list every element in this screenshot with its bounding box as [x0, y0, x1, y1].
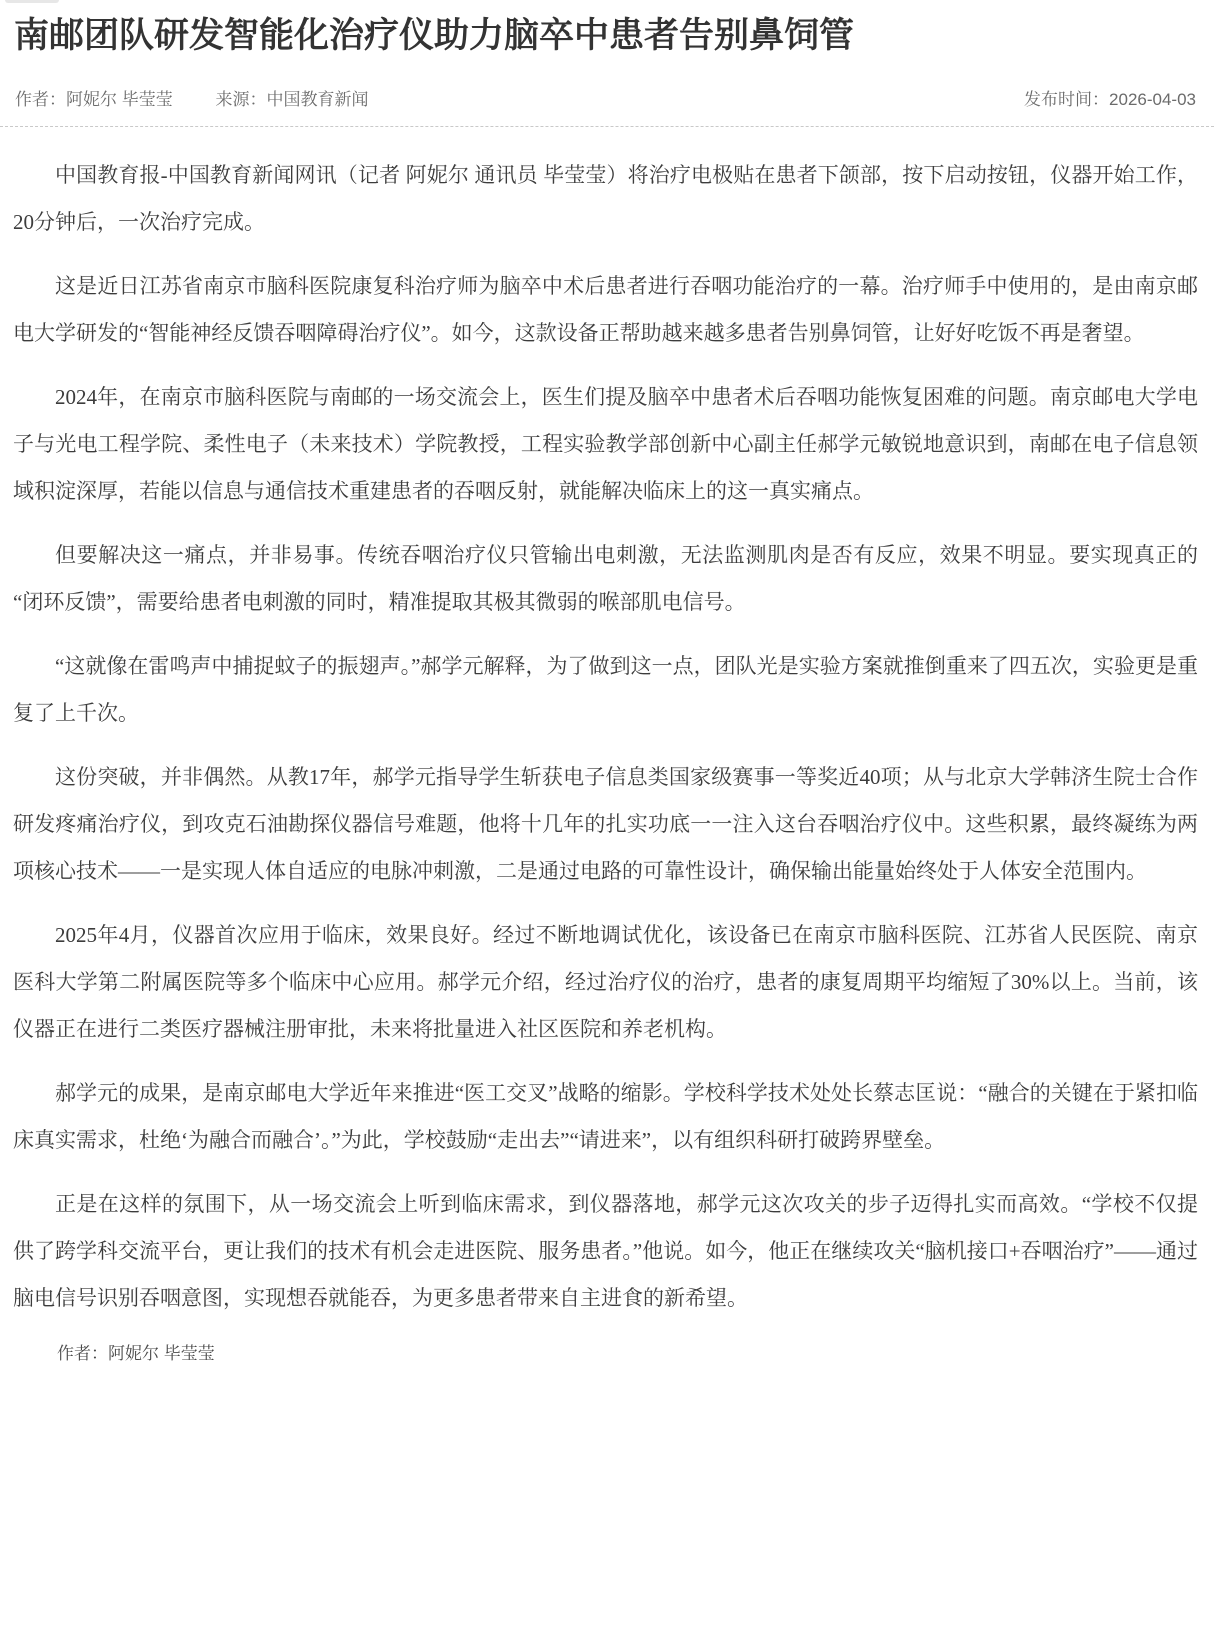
- footer-author-line: 作者：阿妮尔 毕莹莹: [13, 1339, 1198, 1364]
- article-paragraph: 正是在这样的氛围下，从一场交流会上听到临床需求，到仪器落地，郝学元这次攻关的步子…: [13, 1181, 1198, 1322]
- article-paragraph: 这份突破，并非偶然。从教17年，郝学元指导学生斩获电子信息类国家级赛事一等奖近4…: [13, 754, 1198, 895]
- meta-left: 作者：阿妮尔 毕莹莹 来源：中国教育新闻: [15, 85, 368, 110]
- meta-source: 来源：中国教育新闻: [215, 90, 368, 109]
- article-paragraph: 郝学元的成果，是南京邮电大学近年来推进“医工交叉”战略的缩影。学校科学技术处处长…: [13, 1070, 1198, 1164]
- article-paragraph: 2024年，在南京市脑科医院与南邮的一场交流会上，医生们提及脑卒中患者术后吞咽功…: [13, 374, 1198, 515]
- article-meta: 作者：阿妮尔 毕莹莹 来源：中国教育新闻 发布时间：2026-04-03: [15, 85, 1196, 110]
- page-title: 南邮团队研发智能化治疗仪助力脑卒中患者告别鼻饲管: [14, 13, 1192, 59]
- clipped-top-element: [5, 0, 59, 3]
- article-page: 南邮团队研发智能化治疗仪助力脑卒中患者告别鼻饲管 作者：阿妮尔 毕莹莹 来源：中…: [0, 0, 1214, 1649]
- meta-source-value: 中国教育新闻: [266, 90, 368, 109]
- article-paragraph: 这是近日江苏省南京市脑科医院康复科治疗师为脑卒中术后患者进行吞咽功能治疗的一幕。…: [13, 263, 1198, 357]
- meta-publish-date: 2026-04-03: [1109, 90, 1196, 109]
- article-body: 中国教育报-中国教育新闻网讯（记者 阿妮尔 通讯员 毕莹莹）将治疗电极贴在患者下…: [13, 152, 1198, 1322]
- meta-source-label: 来源：: [215, 90, 266, 109]
- meta-author-label: 作者：: [15, 90, 66, 109]
- meta-publish: 发布时间：2026-04-03: [1024, 85, 1196, 110]
- dashed-divider: [0, 126, 1214, 127]
- meta-publish-label: 发布时间：: [1024, 90, 1109, 109]
- article-paragraph: 2025年4月，仪器首次应用于临床，效果良好。经过不断地调试优化，该设备已在南京…: [13, 912, 1198, 1053]
- article-paragraph: 但要解决这一痛点，并非易事。传统吞咽治疗仪只管输出电刺激，无法监测肌肉是否有反应…: [13, 532, 1198, 626]
- article-paragraph: 中国教育报-中国教育新闻网讯（记者 阿妮尔 通讯员 毕莹莹）将治疗电极贴在患者下…: [13, 152, 1198, 246]
- article-paragraph: “这就像在雷鸣声中捕捉蚊子的振翅声。”郝学元解释，为了做到这一点，团队光是实验方…: [13, 643, 1198, 737]
- meta-author: 作者：阿妮尔 毕莹莹: [15, 90, 173, 109]
- meta-author-value: 阿妮尔 毕莹莹: [66, 90, 173, 109]
